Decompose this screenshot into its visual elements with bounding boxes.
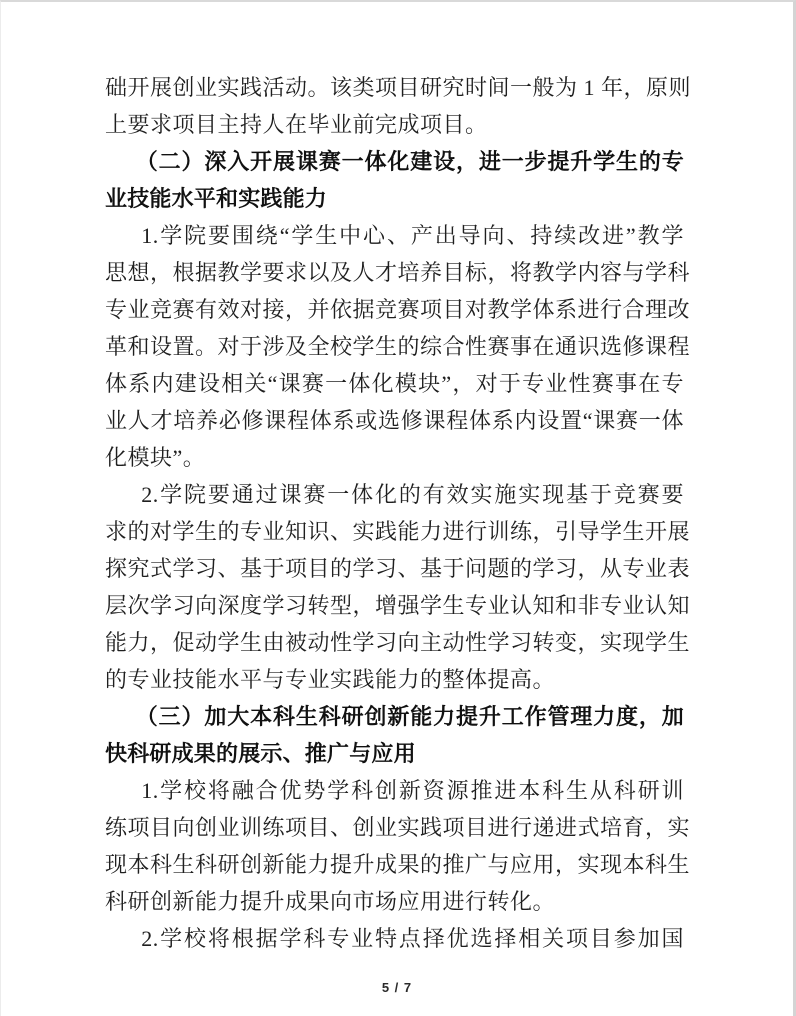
body-text-line: 革和设置。对于涉及全校学生的综合性赛事在通识选修课程 (105, 328, 684, 365)
document-page: 础开展创业实践活动。该类项目研究时间一般为 1 年，原则上要求项目主持人在毕业前… (0, 0, 796, 1016)
body-text-line: 体系内建设相关“课赛一体化模块”，对于专业性赛事在专 (105, 365, 684, 402)
heading-line: （三）加大本科生科研创新能力提升工作管理力度，加 (105, 698, 684, 735)
body-text-line: 的专业技能水平与专业实践能力的整体提高。 (105, 661, 684, 698)
body-text-line: 科研创新能力提升成果向市场应用进行转化。 (105, 883, 684, 920)
heading-line: （二）深入开展课赛一体化建设，进一步提升学生的专 (105, 143, 684, 180)
body-text-line: 础开展创业实践活动。该类项目研究时间一般为 1 年，原则 (105, 69, 684, 106)
body-text-line: 探究式学习、基于项目的学习、基于问题的学习，从专业表 (105, 550, 684, 587)
heading-line: 业技能水平和实践能力 (105, 180, 684, 217)
document-lines: 础开展创业实践活动。该类项目研究时间一般为 1 年，原则上要求项目主持人在毕业前… (105, 69, 684, 957)
body-text-line: 上要求项目主持人在毕业前完成项目。 (105, 106, 684, 143)
page-number: 5 / 7 (1, 980, 793, 995)
body-text-line: 练项目向创业训练项目、创业实践项目进行递进式培育，实 (105, 809, 684, 846)
body-text-line: 1.学院要围绕“学生中心、产出导向、持续改进”教学 (105, 217, 684, 254)
body-text-line: 思想，根据教学要求以及人才培养目标，将教学内容与学科 (105, 254, 684, 291)
body-text-line: 专业竞赛有效对接，并依据竞赛项目对教学体系进行合理改 (105, 291, 684, 328)
body-text-line: 层次学习向深度学习转型，增强学生专业认知和非专业认知 (105, 587, 684, 624)
body-text-line: 1.学校将融合优势学科创新资源推进本科生从科研训 (105, 772, 684, 809)
body-text-line: 现本科生科研创新能力提升成果的推广与应用，实现本科生 (105, 846, 684, 883)
body-text-line: 2.学院要通过课赛一体化的有效实施实现基于竞赛要 (105, 476, 684, 513)
heading-line: 快科研成果的展示、推广与应用 (105, 735, 684, 772)
body-text-line: 化模块”。 (105, 439, 684, 476)
body-text-line: 能力，促动学生由被动性学习向主动性学习转变，实现学生 (105, 624, 684, 661)
body-text-line: 求的对学生的专业知识、实践能力进行训练，引导学生开展 (105, 513, 684, 550)
body-text-line: 业人才培养必修课程体系或选修课程体系内设置“课赛一体 (105, 402, 684, 439)
body-text-line: 2.学校将根据学科专业特点择优选择相关项目参加国 (105, 920, 684, 957)
